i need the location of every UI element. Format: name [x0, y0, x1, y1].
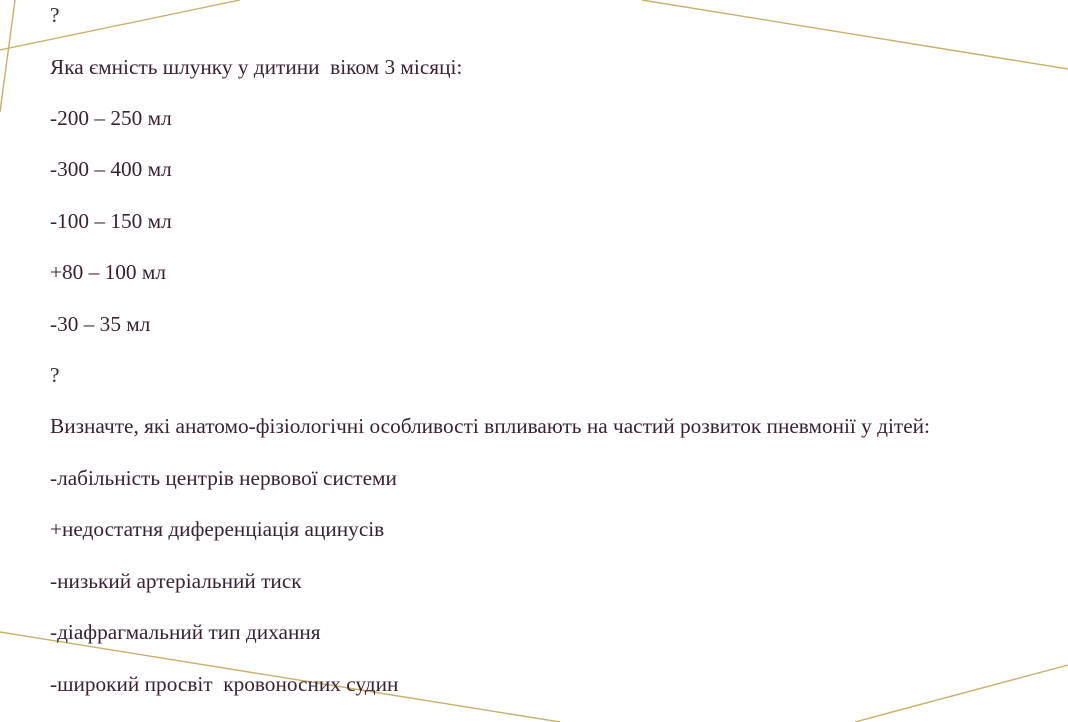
answer-option-correct: +80 – 100 мл [50, 262, 166, 283]
answer-option: -низький артеріальний тиск [50, 571, 302, 592]
answer-option: -лабільність центрів нервової системи [50, 468, 397, 489]
answer-option: -200 – 250 мл [50, 108, 172, 129]
answer-option-correct: +недостатня диференціація ацинусів [50, 519, 384, 540]
answer-option: -30 – 35 мл [50, 314, 150, 335]
decor-line-top-left-diagonal [0, 0, 240, 50]
answer-option: -300 – 400 мл [50, 159, 172, 180]
question-1-text: Яка ємність шлунку у дитини віком 3 міся… [50, 57, 462, 78]
answer-option: -100 – 150 мл [50, 211, 172, 232]
answer-option: -діафрагмальний тип дихання [50, 622, 321, 643]
question-marker-2: ? [50, 365, 59, 386]
decor-line-top-right [642, 0, 1068, 69]
question-2-text: Визначте, які анатомо-фізіологічні особл… [50, 416, 930, 437]
decor-line-bottom-right [855, 665, 1068, 722]
decor-line-top-left-vertical [0, 0, 15, 112]
question-marker-1: ? [50, 5, 59, 26]
answer-option: -широкий просвіт кровоносних судин [50, 674, 398, 695]
